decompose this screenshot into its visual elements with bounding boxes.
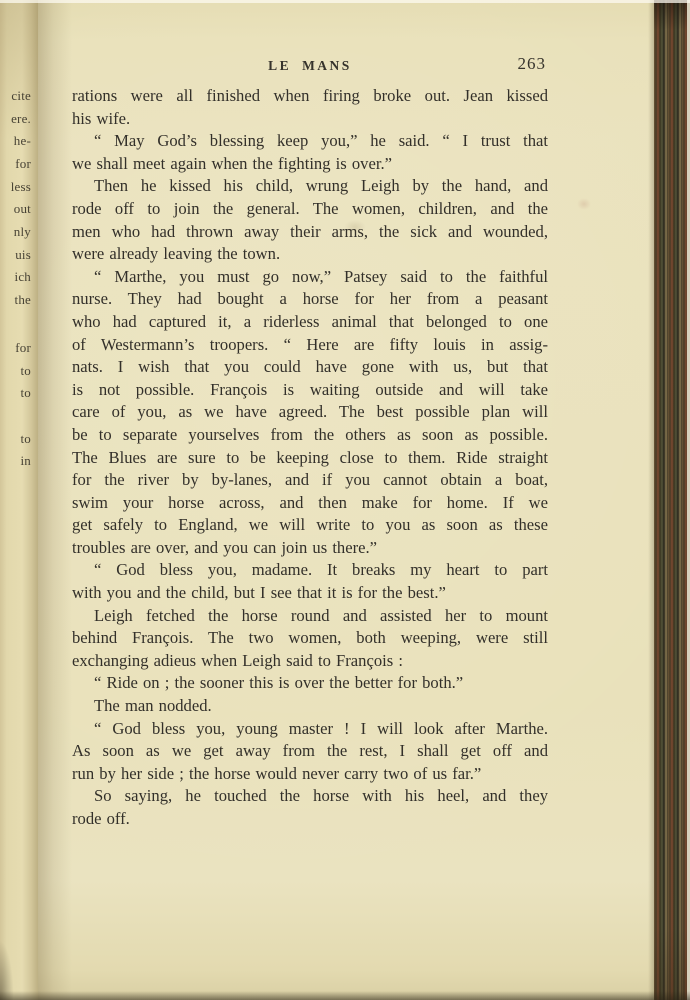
facing-page-text-fragment: ere. xyxy=(11,111,31,126)
facing-page-text-fragment: less xyxy=(11,179,31,194)
text-line: The Blues are sure to be keeping close t… xyxy=(72,447,548,470)
text-line: Then he kissed his child, wrung Leigh by… xyxy=(72,175,548,198)
text-line: “ God bless you, young master ! I will l… xyxy=(72,718,548,741)
paper-smudge xyxy=(344,220,366,234)
facing-page-text-fragment: to xyxy=(20,431,31,446)
text-line: be to separate yourselves from the other… xyxy=(72,424,548,447)
text-line: As soon as we get away from the rest, I … xyxy=(72,740,548,763)
text-line: So saying, he touched the horse with his… xyxy=(72,785,548,808)
text-line: The man nodded. xyxy=(72,695,548,718)
text-line: for the river by by-lanes, and if you ca… xyxy=(72,469,548,492)
paragraph: The man nodded. xyxy=(72,695,548,718)
facing-page-edge: citeere.he-forlessoutnlyuisichthefortoto… xyxy=(0,0,38,1000)
facing-page-text-fragment: cite xyxy=(11,88,31,103)
paragraph: “ God bless you, madame. It breaks my he… xyxy=(72,559,548,604)
bottom-edge-shadow xyxy=(0,991,690,1000)
text-line: nurse. They had bought a horse for her f… xyxy=(72,288,548,311)
facing-page-text-fragment: to xyxy=(20,363,31,378)
paragraph: “ Ride on ; the sooner this is over the … xyxy=(72,672,548,695)
gutter-shadow xyxy=(38,0,72,1000)
text-line: troubles are over, and you can join us t… xyxy=(72,537,548,560)
text-line: is not possible. François is waiting out… xyxy=(72,379,548,402)
facing-page-text-fragment: for xyxy=(15,156,31,171)
paragraph: “ Marthe, you must go now,” Patsey said … xyxy=(72,266,548,560)
facing-page-text-fragment: to xyxy=(20,385,31,400)
facing-page-text-fragment: the xyxy=(15,292,31,307)
text-line: who had captured it, a riderless animal … xyxy=(72,311,548,334)
paper-smudge xyxy=(577,198,591,210)
text-line: of Westermann’s troopers. “ Here are fif… xyxy=(72,334,548,357)
text-line: “ Marthe, you must go now,” Patsey said … xyxy=(72,266,548,289)
page-edges-inner-shadow xyxy=(648,0,654,1000)
text-line: “ God bless you, madame. It breaks my he… xyxy=(72,559,548,582)
text-line: rations were all finished when firing br… xyxy=(72,85,548,108)
facing-page-text-fragment: out xyxy=(14,201,31,216)
paragraph: Leigh fetched the horse round and assist… xyxy=(72,605,548,673)
text-line: were already leaving the town. xyxy=(72,243,548,266)
text-line: run by her side ; the horse would never … xyxy=(72,763,548,786)
paragraph: “ God bless you, young master ! I will l… xyxy=(72,718,548,786)
facing-page-text-fragment: for xyxy=(15,340,31,355)
corner-shadow xyxy=(0,940,14,1000)
top-edge-highlight xyxy=(0,0,690,3)
paragraph: So saying, he touched the horse with his… xyxy=(72,785,548,830)
text-line: “ Ride on ; the sooner this is over the … xyxy=(72,672,548,695)
book-page-scan: citeere.he-forlessoutnlyuisichthefortoto… xyxy=(0,0,690,1000)
paragraph: “ May God’s blessing keep you,” he said.… xyxy=(72,130,548,175)
facing-page-text-fragment: uis xyxy=(15,247,31,262)
facing-page-text-fragment: in xyxy=(20,453,31,468)
text-line: with you and the child, but I see that i… xyxy=(72,582,548,605)
text-line: exchanging adieus when Leigh said to Fra… xyxy=(72,650,548,673)
text-line: “ May God’s blessing keep you,” he said.… xyxy=(72,130,548,153)
text-line: nats. I wish that you could have gone wi… xyxy=(72,356,548,379)
page-number: 263 xyxy=(518,54,547,74)
text-line: men who had thrown away their arms, the … xyxy=(72,221,548,244)
text-line: his wife. xyxy=(72,108,548,131)
text-line: rode off. xyxy=(72,808,548,831)
text-line: rode off to join the general. The women,… xyxy=(72,198,548,221)
facing-page-text-fragment: ich xyxy=(15,269,31,284)
running-title: LE MANS xyxy=(268,58,352,74)
page-edges-right xyxy=(654,0,690,1000)
text-line: swim your horse across, and then make fo… xyxy=(72,492,548,515)
text-line: care of you, as we have agreed. The best… xyxy=(72,401,548,424)
paragraph: Then he kissed his child, wrung Leigh by… xyxy=(72,175,548,265)
paragraph: rations were all finished when firing br… xyxy=(72,85,548,130)
text-line: we shall meet again when the fighting is… xyxy=(72,153,548,176)
text-line: Leigh fetched the horse round and assist… xyxy=(72,605,548,628)
facing-page-text-fragment: he- xyxy=(14,133,31,148)
running-head: LE MANS 263 xyxy=(72,56,548,78)
text-line: behind François. The two women, both wee… xyxy=(72,627,548,650)
body-text: rations were all finished when firing br… xyxy=(72,85,548,831)
text-line: get safely to England, we will write to … xyxy=(72,514,548,537)
facing-page-text-fragment: nly xyxy=(14,224,31,239)
